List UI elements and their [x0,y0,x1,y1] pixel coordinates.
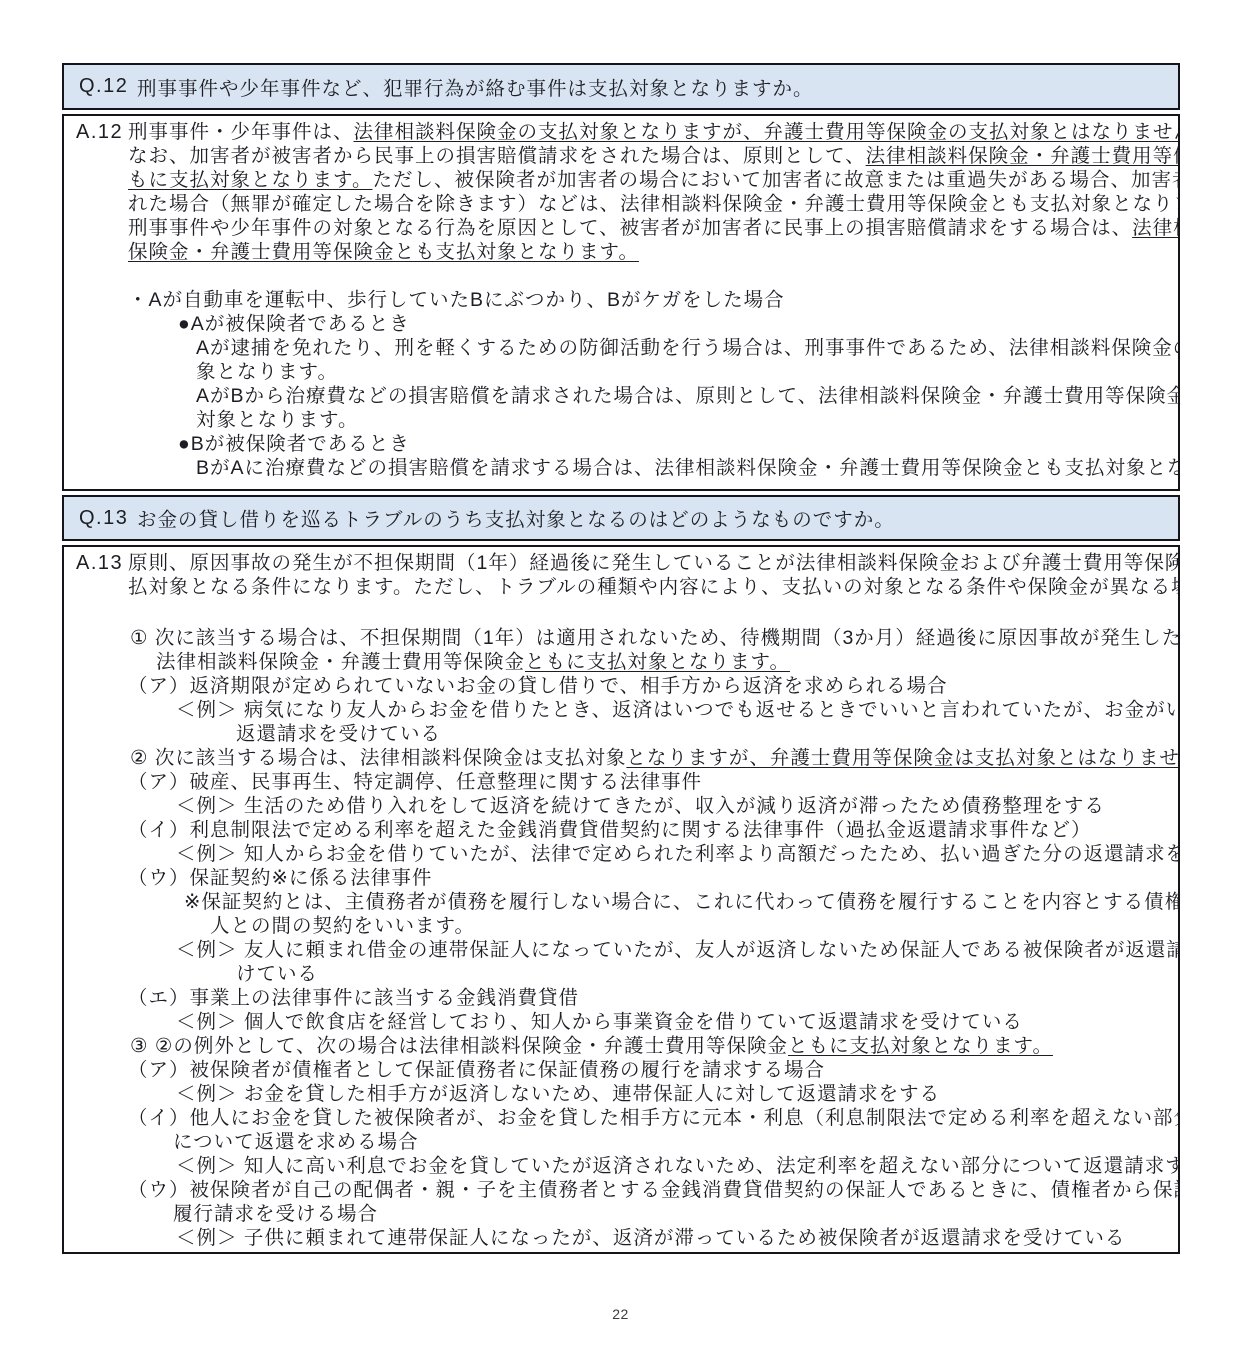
text-segment: ・Aが自動車を運転中、歩行していたBにぶつかり、Bがケガをした場合 [128,289,785,311]
text-line: ＜例＞ 病気になり友人からお金を借りたとき、返済はいつでも返せるときでいいと言わ… [128,698,1168,722]
answer-13-label: A.13 [76,551,128,575]
text-line: ●Bが被保険者であるとき [128,432,1168,456]
text-segment: 払対象となる条件になります。ただし、トラブルの種類や内容により、支払いの対象とな… [128,576,1180,598]
text-line: 刑事事件や少年事件の対象となる行為を原因として、被害者が加害者に民事上の損害賠償… [128,216,1168,240]
text-line: けている [128,962,1168,986]
text-segment: （ア）返済期限が定められていないお金の貸し借りで、相手方から返済を求められる場合 [128,675,948,697]
underlined-text: ともに支払対象となります。 [788,1035,1053,1057]
text-line: 返還請求を受けている [128,722,1168,746]
text-line: ＜例＞ 生活のため借り入れをして返済を続けてきたが、収入が減り返済が滞ったため債… [128,794,1168,818]
text-segment: 人との間の契約をいいます。 [210,915,475,937]
text-line: 人との間の契約をいいます。 [128,914,1168,938]
text-segment: ●Aが被保険者であるとき [178,313,410,335]
text-segment: ＜例＞ 友人に頼まれ借金の連帯保証人になっていたが、友人が返済しないため保証人で… [176,939,1180,961]
text-segment: 履行請求を受ける場合 [173,1203,378,1225]
underlined-text: 法律相談料 [1132,217,1180,239]
text-segment: ＜例＞ お金を貸した相手方が返済しないため、連帯保証人に対して返還請求をする [176,1083,940,1105]
text-line: れた場合（無罪が確定した場合を除きます）などは、法律相談料保険金・弁護士費用等保… [128,192,1168,216]
text-line: BがAに治療費などの損害賠償を請求する場合は、法律相談料保険金・弁護士費用等保険… [128,456,1168,480]
answer-13-box: A.13 原則、原因事故の発生が不担保期間（1年）経過後に発生していることが法律… [62,545,1180,1254]
text-segment: 返還請求を受けている [236,723,441,745]
answer-12-content: 刑事事件・少年事件は、法律相談料保険金の支払対象となりますが、弁護士費用等保険金… [128,120,1168,480]
answer-12-box: A.12 刑事事件・少年事件は、法律相談料保険金の支払対象となりますが、弁護士費… [62,114,1180,491]
text-segment: 対象となります。 [196,409,358,431]
text-line: ① 次に該当する場合は、不担保期間（1年）は適用されないため、待機期間（3か月）… [128,626,1168,650]
text-line: 原則、原因事故の発生が不担保期間（1年）経過後に発生していることが法律相談料保険… [128,551,1168,575]
underlined-text: 保険金・弁護士費用等保険金とも支払対象となります。 [128,241,639,263]
text-line: 払対象となる条件になります。ただし、トラブルの種類や内容により、支払いの対象とな… [128,575,1168,599]
text-segment: （エ）事業上の法律事件に該当する金銭消費貸借 [128,987,579,1009]
text-line: 象となります。 [128,360,1168,384]
text-segment: ただし、被保険者が加害者の場合において加害者に故意または重過失がある場合、加害者… [372,169,1180,191]
text-segment: ※保証契約とは、主債務者が債務を履行しない場合に、これに代わって債務を履行するこ… [184,891,1180,913]
text-line: なお、加害者が被害者から民事上の損害賠償請求をされた場合は、原則として、法律相談… [128,144,1168,168]
text-segment: ＜例＞ 知人からお金を借りていたが、法律で定められた利率より高額だったため、払い… [176,843,1180,865]
text-line: （ア）被保険者が債権者として保証債務者に保証債務の履行を請求する場合 [128,1058,1168,1082]
page-number: 22 [0,1306,1241,1322]
underlined-text: もに支払対象となります。 [128,169,372,191]
text-segment: ① 次に該当する場合は、不担保期間（1年）は適用されないため、待機期間（3か月）… [130,627,1180,649]
question-12-text: 刑事事件や少年事件など、犯罪行為が絡む事件は支払対象となりますか。 [137,73,814,101]
text-segment: 刑事事件や少年事件の対象となる行為を原因として、被害者が加害者に民事上の損害賠償… [128,217,1132,239]
question-12-label: Q.12 [79,75,137,98]
question-13-label: Q.13 [79,507,137,530]
answer-13-content: 原則、原因事故の発生が不担保期間（1年）経過後に発生していることが法律相談料保険… [128,551,1168,1250]
text-segment: 原則、原因事故の発生が不担保期間（1年）経過後に発生していることが法律相談料保険… [128,552,1180,574]
underlined-text: 法律相談料保険金・弁護士費用等保険金と [866,145,1180,167]
underlined-text: となりますが、弁護士費用等保険金は支払対象とはなりません。 [626,747,1180,769]
text-line: （イ）利息制限法で定める利率を超えた金銭消費貸借契約に関する法律事件（過払金返還… [128,818,1168,842]
question-13-header: Q.13 お金の貸し借りを巡るトラブルのうち支払対象となるのはどのようなものです… [62,495,1180,541]
text-segment: ＜例＞ 個人で飲食店を経営しており、知人から事業資金を借りていて返還請求を受けて… [176,1011,1023,1033]
document-page: Q.12 刑事事件や少年事件など、犯罪行為が絡む事件は支払対象となりますか。 A… [0,0,1241,1359]
question-13-text: お金の貸し借りを巡るトラブルのうち支払対象となるのはどのようなものですか。 [137,504,895,532]
text-line: Aが逮捕を免れたり、刑を軽くするための防御活動を行う場合は、刑事事件であるため、… [128,336,1168,360]
underlined-text: 法律相談料保険金の支払対象となりますが、弁護士費用等保険金の支払対象とはなりませ… [354,121,1180,143]
text-segment: Aが逮捕を免れたり、刑を軽くするための防御活動を行う場合は、刑事事件であるため、… [196,337,1180,359]
text-line: ＜例＞ お金を貸した相手方が返済しないため、連帯保証人に対して返還請求をする [128,1082,1168,1106]
text-line: もに支払対象となります。ただし、被保険者が加害者の場合において加害者に故意または… [128,168,1168,192]
text-segment: 法律相談料保険金・弁護士費用等保険金 [156,651,525,673]
answer-12-label: A.12 [76,120,128,144]
text-line: （ウ）被保険者が自己の配偶者・親・子を主債務者とする金銭消費貸借契約の保証人であ… [128,1178,1168,1202]
text-line: ・Aが自動車を運転中、歩行していたBにぶつかり、Bがケガをした場合 [128,288,1168,312]
text-line: ＜例＞ 友人に頼まれ借金の連帯保証人になっていたが、友人が返済しないため保証人で… [128,938,1168,962]
text-segment: れた場合（無罪が確定した場合を除きます）などは、法律相談料保険金・弁護士費用等保… [128,193,1180,215]
text-line: （ウ）保証契約※に係る法律事件 [128,866,1168,890]
text-line: ●Aが被保険者であるとき [128,312,1168,336]
text-segment: 象となります。 [196,361,338,383]
text-line: ③ ②の例外として、次の場合は法律相談料保険金・弁護士費用等保険金ともに支払対象… [128,1034,1168,1058]
text-segment: 刑事事件・少年事件は、 [128,121,354,143]
blank-line [128,599,1168,626]
text-segment: （イ）他人にお金を貸した被保険者が、お金を貸した相手方に元本・利息（利息制限法で… [128,1107,1180,1129]
text-line: AがBから治療費などの損害賠償を請求された場合は、原則として、法律相談料保険金・… [128,384,1168,408]
text-segment: ② 次に該当する場合は、法律相談料保険金は支払対象 [130,747,626,769]
text-line: 刑事事件・少年事件は、法律相談料保険金の支払対象となりますが、弁護士費用等保険金… [128,120,1168,144]
text-segment: ③ ②の例外として、次の場合は法律相談料保険金・弁護士費用等保険金 [130,1035,788,1057]
text-line: （ア）破産、民事再生、特定調停、任意整理に関する法律事件 [128,770,1168,794]
text-line: 法律相談料保険金・弁護士費用等保険金ともに支払対象となります。 [128,650,1168,674]
underlined-text: ともに支払対象となります。 [525,651,790,673]
text-segment: BがAに治療費などの損害賠償を請求する場合は、法律相談料保険金・弁護士費用等保険… [196,457,1180,479]
text-line: ＜例＞ 知人からお金を借りていたが、法律で定められた利率より高額だったため、払い… [128,842,1168,866]
text-segment: について返還を求める場合 [173,1131,419,1153]
text-segment: （イ）利息制限法で定める利率を超えた金銭消費貸借契約に関する法律事件（過払金返還… [128,819,1092,841]
text-segment: （ア）被保険者が債権者として保証債務者に保証債務の履行を請求する場合 [128,1059,825,1081]
blank-line [128,264,1168,288]
question-12-header: Q.12 刑事事件や少年事件など、犯罪行為が絡む事件は支払対象となりますか。 [62,63,1180,110]
text-line: ＜例＞ 個人で飲食店を経営しており、知人から事業資金を借りていて返還請求を受けて… [128,1010,1168,1034]
text-segment: ＜例＞ 知人に高い利息でお金を貸していたが返済されないため、法定利率を超えない部… [176,1155,1180,1177]
text-segment: なお、加害者が被害者から民事上の損害賠償請求をされた場合は、原則として、 [128,145,866,167]
text-line: について返還を求める場合 [128,1130,1168,1154]
text-segment: ＜例＞ 病気になり友人からお金を借りたとき、返済はいつでも返せるときでいいと言わ… [176,699,1180,721]
text-line: （イ）他人にお金を貸した被保険者が、お金を貸した相手方に元本・利息（利息制限法で… [128,1106,1168,1130]
text-segment: けている [236,963,318,985]
text-line: ＜例＞ 子供に頼まれて連帯保証人になったが、返済が滞っているため被保険者が返還請… [128,1226,1168,1250]
text-line: （ア）返済期限が定められていないお金の貸し借りで、相手方から返済を求められる場合 [128,674,1168,698]
text-segment: AがBから治療費などの損害賠償を請求された場合は、原則として、法律相談料保険金・… [196,385,1180,407]
text-line: 履行請求を受ける場合 [128,1202,1168,1226]
text-line: ② 次に該当する場合は、法律相談料保険金は支払対象となりますが、弁護士費用等保険… [128,746,1168,770]
text-line: 対象となります。 [128,408,1168,432]
text-line: （エ）事業上の法律事件に該当する金銭消費貸借 [128,986,1168,1010]
text-line: ＜例＞ 知人に高い利息でお金を貸していたが返済されないため、法定利率を超えない部… [128,1154,1168,1178]
text-segment: ●Bが被保険者であるとき [178,433,410,455]
text-line: ※保証契約とは、主債務者が債務を履行しない場合に、これに代わって債務を履行するこ… [128,890,1168,914]
text-segment: ＜例＞ 生活のため借り入れをして返済を続けてきたが、収入が減り返済が滞ったため債… [176,795,1105,817]
text-line: 保険金・弁護士費用等保険金とも支払対象となります。 [128,240,1168,264]
text-segment: ＜例＞ 子供に頼まれて連帯保証人になったが、返済が滞っているため被保険者が返還請… [176,1227,1125,1249]
text-segment: （ウ）保証契約※に係る法律事件 [128,867,432,889]
text-segment: （ウ）被保険者が自己の配偶者・親・子を主債務者とする金銭消費貸借契約の保証人であ… [128,1179,1180,1201]
text-segment: （ア）破産、民事再生、特定調停、任意整理に関する法律事件 [128,771,702,793]
